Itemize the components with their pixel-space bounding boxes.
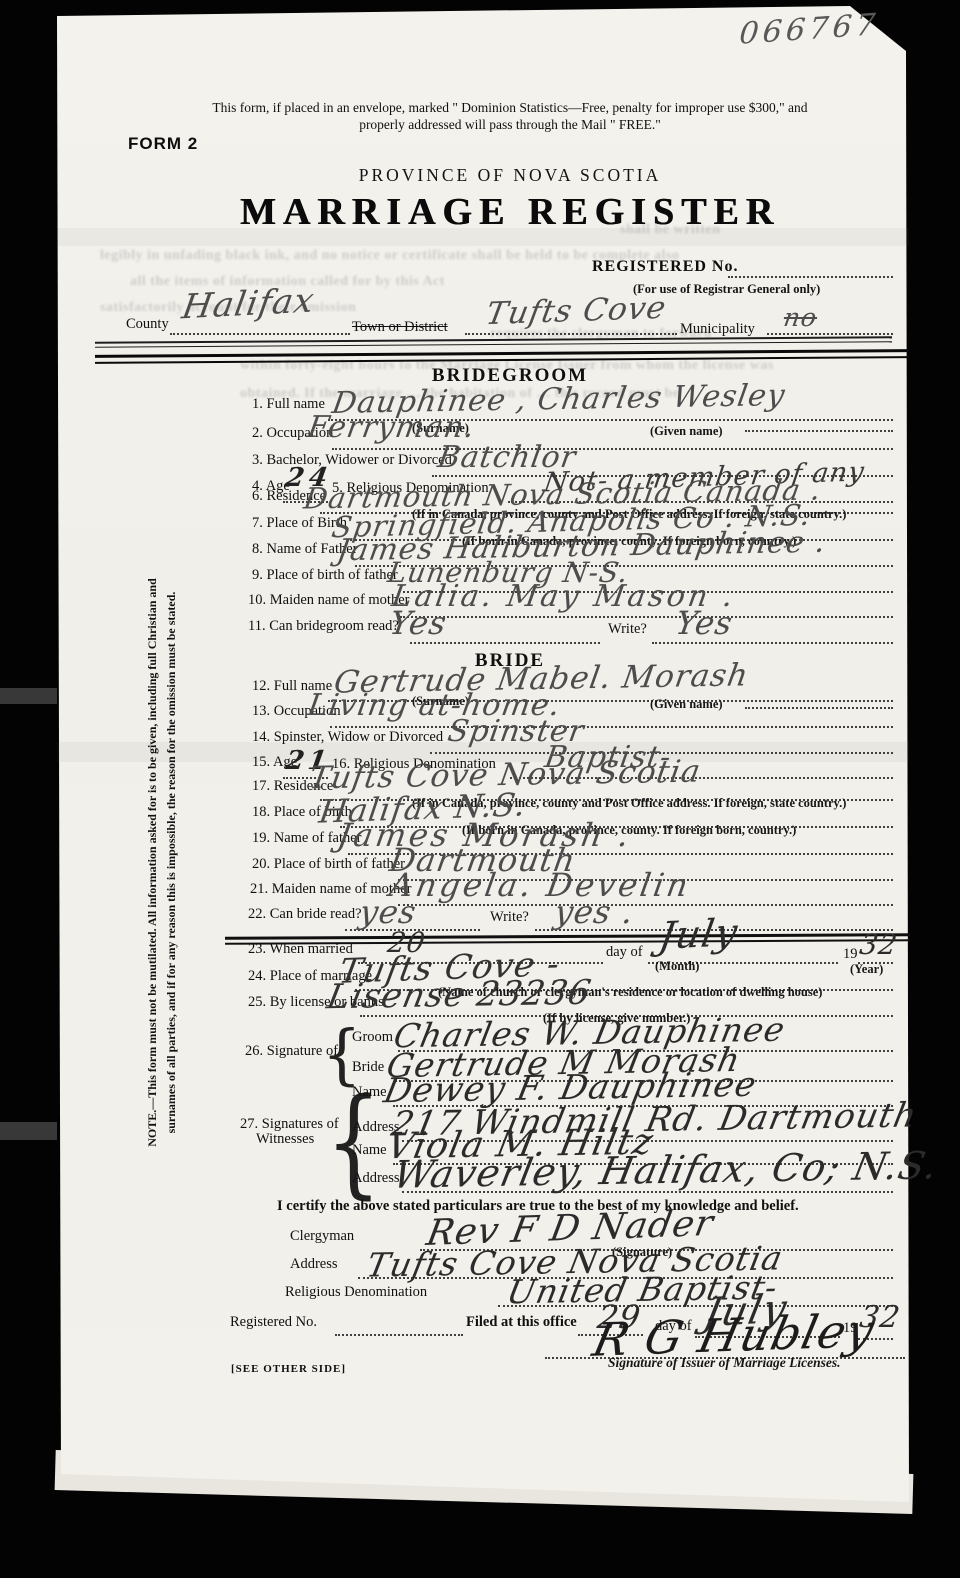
bg-read-value: Yes [387,604,450,642]
county-label: County [126,316,169,333]
see-other-side: [SEE OTHER SIDE] [231,1363,346,1375]
bg-given-caption: (Given name) [650,424,723,439]
clergyman-label: Clergyman [290,1228,354,1245]
witness2-name-label: Name [352,1142,387,1159]
witnesses-label-2: Witnesses [256,1131,314,1148]
issuer-caption: Signature of Issuer of Marriage Licenses… [608,1355,841,1371]
witness2-address: Waverley, Halifax, Co; N.S. [390,1143,942,1196]
br-caption-line [745,707,893,709]
municipality-value: no [782,303,820,332]
day-of-label: day of [606,944,643,961]
bg-father-birth-label: 9. Place of birth of father [252,567,398,584]
margin-note: NOTE.—This form must not be mutilated. A… [143,540,181,1185]
filed-office-label: Filed at this office [466,1314,577,1331]
bg-read-label: 11. Can bridegroom read? [248,618,399,635]
bg-write-value: Yes [673,604,736,642]
margin-note-line2: surnames of all parties, and if for any … [162,540,181,1185]
bg-mother-line [400,616,893,618]
town-district-line [465,333,677,335]
bg-write-line [652,642,893,644]
mail-note-line1: This form, if placed in an envelope, mar… [150,100,870,116]
br-write-value: yes . [552,893,637,931]
mail-note-line2: properly addressed will pass through the… [150,117,870,133]
month-caption: (Month) [655,959,699,974]
town-district-label: Town or District [352,319,448,336]
bg-occupation-line [332,448,893,450]
filed-registered-line [335,1334,463,1336]
year-value: 32 [857,928,900,961]
municipality-line [767,333,893,335]
bg-caption-line [745,430,893,432]
clergy-address-label: Address [290,1256,338,1273]
bg-write-label: Write? [608,621,647,638]
clergy-denom-label: Religious Denomination [285,1284,427,1301]
registered-no-line [728,276,893,278]
bg-status-label: 3. Bachelor, Widower or Divorced [252,452,452,469]
bg-read-line [410,642,600,644]
form-number: FORM 2 [128,134,198,154]
br-father-birth-label: 20. Place of birth of father [252,856,405,873]
br-mother-line [398,904,893,906]
year-caption: (Year) [850,962,883,977]
br-occupation-line [330,726,893,728]
serial-number: 066767 [738,7,881,52]
year-prefix: 19 [843,946,858,963]
witness1-name-label: Name [352,1084,387,1101]
month-value: July [656,910,741,958]
bg-mother-label: 10. Maiden name of mother [248,592,409,609]
br-write-label: Write? [490,909,529,926]
scanned-page: shall be written legibly in unfading bla… [0,0,960,1578]
province-heading: PROVINCE OF NOVA SCOTIA [150,165,870,186]
groom-sig-label: Groom [352,1029,393,1046]
town-district-value: Tufts Cove [483,290,669,332]
br-mother-value: Angela. Develin [387,866,694,904]
county-value: Halifax [179,281,317,328]
municipality-label: Municipality [680,321,755,338]
when-married-label: 23. When married [248,941,353,958]
county-line [170,333,350,335]
filed-registered-label: Registered No. [230,1314,317,1331]
registered-no-label: REGISTERED No. [592,258,738,276]
br-given-caption: (Given name) [650,697,723,712]
br-read-label: 22. Can bride read? [248,906,362,923]
margin-note-line1: NOTE.—This form must not be mutilated. A… [143,540,162,1185]
br-status-label: 14. Spinster, Widow or Divorced [252,729,443,746]
page-title: MARRIAGE REGISTER [150,190,870,234]
